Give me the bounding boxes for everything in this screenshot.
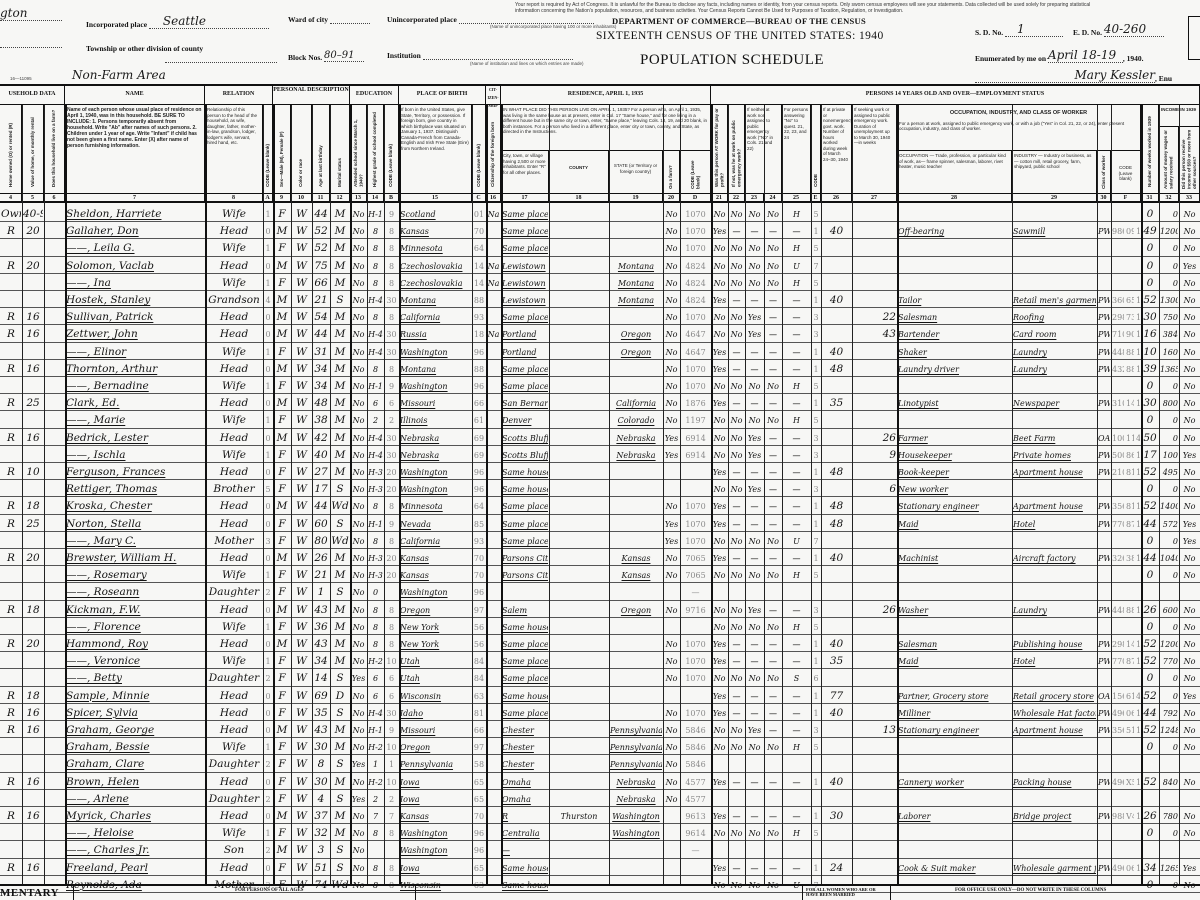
cell-code-a: 0: [264, 808, 272, 825]
cell-name: Zettwer, John: [66, 326, 204, 343]
cell-birthplace: Washington: [400, 825, 471, 842]
cell-industry: [1013, 533, 1096, 550]
cell-occupation: [898, 567, 1011, 584]
cell-industry: Retail men's garments shop: [1013, 292, 1096, 309]
cell-grade: 8: [368, 602, 383, 619]
cell-school: No: [351, 309, 366, 326]
cell-c27: [853, 670, 896, 687]
cell-value: 10: [23, 464, 43, 481]
cell-c26: [822, 447, 851, 464]
cell-relation: Head: [206, 498, 262, 515]
census-row: ——, HeloiseWife1FW32MNo88Washington96Cen…: [0, 824, 1200, 841]
cell-sex: F: [274, 670, 290, 687]
census-row: Rettiger, ThomasBrother5FW17SNoH-320Wash…: [0, 480, 1200, 497]
cell-citizen: [487, 636, 500, 653]
cell-code-e: 1: [812, 636, 820, 653]
cell-sex: M: [274, 550, 290, 567]
cell-c25: —: [783, 498, 810, 515]
cell-code-c: 97: [473, 602, 485, 619]
cell-farm35: [664, 584, 679, 601]
cell-code-c: 64: [473, 240, 485, 257]
cell-code-f2: [1126, 756, 1134, 773]
cell-own: [1, 344, 21, 361]
cell-res-city: Same place: [502, 516, 548, 533]
cell-c22: —: [729, 344, 744, 361]
cell-code-a: 1: [264, 567, 272, 584]
cell-occupation: [898, 240, 1011, 257]
cell-code-f3: 1: [1136, 223, 1140, 240]
cell-code-d: 7065: [681, 567, 710, 584]
cell-age: 34: [313, 653, 329, 670]
cell-race: W: [292, 722, 311, 739]
cell-code-b: 8: [385, 309, 398, 326]
cell-code-b: 8: [385, 825, 398, 842]
cell-citizen: [487, 808, 500, 825]
cell-grade: 0: [368, 584, 383, 601]
cell-citizen: [487, 430, 500, 447]
cell-wages: 0: [1160, 258, 1178, 275]
cell-c23: —: [746, 292, 763, 309]
cell-code-f2: [1126, 412, 1134, 429]
cell-code-c: 85: [473, 516, 485, 533]
cell-weeks: 0: [1142, 412, 1158, 429]
cell-grade: H-3: [368, 550, 383, 567]
cell-wages: 100: [1160, 447, 1178, 464]
cell-c27: [853, 464, 896, 481]
cell-class: [1098, 739, 1110, 756]
cell-code-b: 20: [385, 567, 398, 584]
cell-c24: No: [765, 670, 781, 687]
cell-code-d: 6914: [681, 430, 710, 447]
cell-res-city: Lewistown: [502, 258, 548, 275]
census-row: ——, IschlaWife1FW40MNoH-430Nebraska69Sco…: [0, 446, 1200, 463]
cell-wages: 572: [1160, 516, 1178, 533]
cell-class: [1098, 378, 1110, 395]
cell-code-d: —: [681, 842, 710, 859]
cell-res-county: [550, 206, 608, 223]
cell-code-b: 30: [385, 447, 398, 464]
cell-c23: Yes: [746, 447, 763, 464]
cell-farm: [45, 808, 64, 825]
cell-own: [1, 653, 21, 670]
cell-own: R: [1, 550, 21, 567]
census-row: R18Sample, MinnieHead0FW69DNo66Wisconsin…: [0, 687, 1200, 704]
cell-code-d: 1070: [681, 636, 710, 653]
cell-code-e: 3: [812, 602, 820, 619]
cell-code-c: 66: [473, 722, 485, 739]
cell-code-d: 1070: [681, 498, 710, 515]
cell-marital: M: [331, 602, 349, 619]
cell-c26: 40: [822, 774, 851, 791]
cell-c23: No: [746, 619, 763, 636]
cell-own: [1, 670, 21, 687]
cell-birthplace: Iowa: [400, 774, 471, 791]
cell-citizen: [487, 447, 500, 464]
cell-name: ——, Mary C.: [66, 533, 204, 550]
cell-other: No: [1180, 361, 1199, 378]
cell-own: [1, 619, 21, 636]
cell-code-f2: 11: [1126, 430, 1134, 447]
cell-res-county: [550, 550, 608, 567]
cell-class: [1098, 240, 1110, 257]
cell-birthplace: Wisconsin: [400, 688, 471, 705]
cell-industry: Apartment house: [1013, 722, 1096, 739]
cell-birthplace: Iowa: [400, 791, 471, 808]
cell-value: 20: [23, 550, 43, 567]
cell-age: 44: [313, 326, 329, 343]
cell-farm: [45, 275, 64, 292]
grid-line: [273, 105, 275, 884]
cell-c24: —: [765, 705, 781, 722]
cell-code-e: 1: [812, 808, 820, 825]
cell-c24: [765, 584, 781, 601]
cell-code-c: 69: [473, 430, 485, 447]
cell-c27: [853, 860, 896, 877]
cell-class: PW: [1098, 516, 1110, 533]
cell-code-f2: 06: [1126, 860, 1134, 877]
cell-res-city: Same place: [502, 378, 548, 395]
cell-age: 27: [313, 464, 329, 481]
cell-code-f1: 432: [1112, 361, 1124, 378]
cell-wages: 1265: [1160, 860, 1178, 877]
census-row: ——, ElinorWife1FW31MNoH-430Washington96P…: [0, 343, 1200, 360]
cell-code-e: 1: [812, 860, 820, 877]
cell-class: PW: [1098, 860, 1110, 877]
cell-res-city: Same house: [502, 619, 548, 636]
cell-c24: —: [765, 344, 781, 361]
cell-school: No: [351, 584, 366, 601]
column-number: 15: [399, 194, 472, 203]
cell-farm: [45, 533, 64, 550]
cell-marital: M: [331, 447, 349, 464]
cell-occupation: Washer: [898, 602, 1011, 619]
cell-marital: M: [331, 636, 349, 653]
cell-occupation: [898, 533, 1011, 550]
cell-occupation: Housekeeper: [898, 447, 1011, 464]
cell-res-city: Same place: [502, 670, 548, 687]
cell-code-a: 2: [264, 584, 272, 601]
cell-industry: Laundry: [1013, 361, 1096, 378]
cell-grade: H-4: [368, 430, 383, 447]
census-page: Your report is required by Act of Congre…: [0, 0, 1200, 900]
cell-code-f1: 356: [1112, 498, 1124, 515]
cell-relation: Head: [206, 223, 262, 240]
cell-res-state: [610, 688, 662, 705]
cell-relation: Wife: [206, 825, 262, 842]
cell-birthplace: Minnesota: [400, 240, 471, 257]
cell-age: 40: [313, 447, 329, 464]
cell-code-f3: [1136, 619, 1140, 636]
cell-code-c: 56: [473, 636, 485, 653]
cell-citizen: Na: [487, 326, 500, 343]
cell-c25: —: [783, 653, 810, 670]
cell-farm35: No: [664, 344, 679, 361]
cell-code-a: 3: [264, 533, 272, 550]
cell-code-c: 18: [473, 326, 485, 343]
cell-marital: M: [331, 326, 349, 343]
cell-code-f2: [1126, 378, 1134, 395]
cell-code-a: 1: [264, 653, 272, 670]
cell-other: No: [1180, 739, 1199, 756]
cell-code-f1: 360: [1112, 292, 1124, 309]
cell-sex: M: [274, 395, 290, 412]
cell-code-c: 70: [473, 567, 485, 584]
cell-industry: [1013, 739, 1096, 756]
cell-code-c: 96: [473, 464, 485, 481]
cell-code-b: 8: [385, 258, 398, 275]
cell-marital: M: [331, 206, 349, 223]
cell-marital: M: [331, 430, 349, 447]
cell-name: ——, Roseann: [66, 584, 204, 601]
cell-code-a: 0: [264, 860, 272, 877]
cell-weeks: 0: [1142, 206, 1158, 223]
cell-c27: [853, 825, 896, 842]
cell-value: [23, 825, 43, 842]
cell-birthplace: Missouri: [400, 395, 471, 412]
cell-value: [23, 739, 43, 756]
cell-grade: H-3: [368, 464, 383, 481]
cell-code-e: [812, 584, 820, 601]
cell-wages: 840: [1160, 774, 1178, 791]
cell-value: 16: [23, 361, 43, 378]
cell-res-state: [610, 842, 662, 859]
cell-marital: M: [331, 223, 349, 240]
cell-marital: M: [331, 378, 349, 395]
cell-code-e: 5: [812, 825, 820, 842]
cell-code-a: 1: [264, 378, 272, 395]
grid-line: [897, 105, 899, 884]
cell-res-county: [550, 309, 608, 326]
cell-other: No: [1180, 619, 1199, 636]
cell-class: PW: [1098, 361, 1110, 378]
cell-industry: [1013, 670, 1096, 687]
cell-c25: —: [783, 550, 810, 567]
cell-c21: Yes: [712, 653, 727, 670]
column-number: B: [384, 194, 399, 203]
cell-c22: [729, 842, 744, 859]
cell-c26: [822, 206, 851, 223]
cell-code-f1: 496: [1112, 860, 1124, 877]
cell-own: [1, 378, 21, 395]
cell-c26: [822, 258, 851, 275]
cell-race: W: [292, 774, 311, 791]
cell-c26: [822, 309, 851, 326]
cell-res-city: Salem: [502, 602, 548, 619]
cell-code-e: 1: [812, 395, 820, 412]
cell-c23: No: [746, 412, 763, 429]
cell-name: ——, Bernadine: [66, 378, 204, 395]
cell-res-city: Omaha: [502, 791, 548, 808]
cell-farm35: No: [664, 412, 679, 429]
cell-grade: 8: [368, 636, 383, 653]
cell-c23: No: [746, 378, 763, 395]
cell-res-state: Washington: [610, 825, 662, 842]
cell-grade: H-4: [368, 292, 383, 309]
cell-code-a: 0: [264, 722, 272, 739]
cell-sex: M: [274, 808, 290, 825]
census-row: R16Thornton, ArthurHead0MW34MNo88Montana…: [0, 360, 1200, 377]
cell-relation: Daughter: [206, 670, 262, 687]
block-field: Block Nos. 80–91: [288, 50, 364, 62]
sd-value: 1: [1017, 22, 1025, 36]
cell-own: R: [1, 361, 21, 378]
column-number: 13: [350, 194, 367, 203]
cell-age: 4: [313, 791, 329, 808]
cell-c27: [853, 756, 896, 773]
county-field: [0, 38, 62, 48]
cell-race: W: [292, 326, 311, 343]
cell-sex: M: [274, 602, 290, 619]
cell-code-c: 65: [473, 860, 485, 877]
cell-farm: [45, 344, 64, 361]
cell-code-b: 30: [385, 326, 398, 343]
cell-farm35: [664, 688, 679, 705]
cell-res-city: Chester: [502, 739, 548, 756]
cell-c21: Yes: [712, 636, 727, 653]
cell-code-f3: 1: [1136, 602, 1140, 619]
cell-occupation: Maid: [898, 653, 1011, 670]
cell-citizen: [487, 739, 500, 756]
cell-grade: 8: [368, 498, 383, 515]
cell-weeks: 44: [1142, 550, 1158, 567]
cell-own: [1, 791, 21, 808]
cell-other: Yes: [1180, 860, 1199, 877]
ed-field: E. D. No. 40-260: [1073, 22, 1164, 37]
cell-value: 16: [23, 309, 43, 326]
cell-farm35: Yes: [664, 516, 679, 533]
cell-name: Bedrick, Lester: [66, 430, 204, 447]
cell-grade: 6: [368, 688, 383, 705]
cell-citizen: Na: [487, 258, 500, 275]
cell-code-b: 30: [385, 344, 398, 361]
census-row: R20Brewster, William H.Head0MW26MNoH-320…: [0, 549, 1200, 566]
cell-c25: —: [783, 464, 810, 481]
cell-c23: No: [746, 240, 763, 257]
cell-code-f3: 4: [1136, 430, 1140, 447]
cell-c27: [853, 567, 896, 584]
cell-code-b: 10: [385, 653, 398, 670]
column-number: 5: [22, 194, 44, 203]
cell-race: W: [292, 808, 311, 825]
cell-wages: 1300: [1160, 292, 1178, 309]
cell-code-f3: 1: [1136, 395, 1140, 412]
subhead-marital: Marital status: [330, 105, 350, 193]
cell-name: ——, Marie: [66, 412, 204, 429]
cell-school: No: [351, 619, 366, 636]
cell-school: No: [351, 258, 366, 275]
cell-c26: [822, 825, 851, 842]
cell-other: No: [1180, 498, 1199, 515]
cell-code-e: 3: [812, 309, 820, 326]
cell-c27: [853, 688, 896, 705]
cell-res-county: [550, 223, 608, 240]
cell-code-f1: [1112, 275, 1124, 292]
cell-code-c: 65: [473, 791, 485, 808]
sd-field: S. D. No. 1: [975, 22, 1063, 37]
census-row: ——, InaWife1FW66MNo88Czechoslovakia14NaL…: [0, 274, 1200, 291]
cell-wages: 1248: [1160, 722, 1178, 739]
cell-c25: U: [783, 258, 810, 275]
cell-code-b: 9: [385, 206, 398, 223]
cell-res-state: Pennsylvania: [610, 722, 662, 739]
cell-citizen: [487, 688, 500, 705]
cell-c26: [822, 756, 851, 773]
cell-weeks: 52: [1142, 774, 1158, 791]
grid-line: [486, 105, 488, 884]
subhead-school: Attended school since March 1, 1940?: [350, 105, 367, 193]
column-number: 32: [1159, 194, 1179, 203]
cell-grade: 6: [368, 670, 383, 687]
cell-value: 16: [23, 326, 43, 343]
cell-c26: [822, 326, 851, 343]
cell-c27: [853, 378, 896, 395]
cell-code-c: 96: [473, 584, 485, 601]
cell-code-e: 5: [812, 240, 820, 257]
column-number: 23: [745, 194, 764, 203]
cell-c25: —: [783, 481, 810, 498]
cell-c27: [853, 275, 896, 292]
cell-name: Graham, Clare: [66, 756, 204, 773]
cell-marital: M: [331, 464, 349, 481]
cell-birthplace: Utah: [400, 670, 471, 687]
cell-farm: [45, 361, 64, 378]
cell-res-city: Portland: [502, 344, 548, 361]
cell-code-a: 1: [264, 275, 272, 292]
cell-age: 35: [313, 705, 329, 722]
cell-name: Gallaher, Don: [66, 223, 204, 240]
cell-occupation: [898, 412, 1011, 429]
cell-code-f2: [1126, 739, 1134, 756]
cell-class: PW: [1098, 464, 1110, 481]
cell-code-a: 0: [264, 223, 272, 240]
cell-code-b: 7: [385, 808, 398, 825]
cell-occupation: Off-bearing: [898, 223, 1011, 240]
cell-marital: M: [331, 774, 349, 791]
cell-code-f1: 326: [1112, 550, 1124, 567]
cell-other: No: [1180, 344, 1199, 361]
column-number: 12: [330, 194, 350, 203]
cell-code-f3: 1: [1136, 498, 1140, 515]
cell-age: 36: [313, 619, 329, 636]
cell-code-a: 2: [264, 670, 272, 687]
group-employment: PERSONS 14 YEARS OLD AND OVER—EMPLOYMENT…: [711, 85, 1200, 105]
cell-code-c: 14: [473, 258, 485, 275]
cell-res-state: Oregon: [610, 602, 662, 619]
cell-code-d: 4824: [681, 292, 710, 309]
cell-c25: —: [783, 223, 810, 240]
cell-res-city: Same place: [502, 309, 548, 326]
cell-c26: [822, 430, 851, 447]
cell-industry: [1013, 412, 1096, 429]
cell-birthplace: Idaho: [400, 705, 471, 722]
cell-farm: [45, 842, 64, 859]
cell-res-city: Same place: [502, 636, 548, 653]
census-row: R25Clark, Ed.Head0MW48MNo66Missouri66San…: [0, 394, 1200, 411]
cell-c27: [853, 774, 896, 791]
cell-wages: 0: [1160, 412, 1178, 429]
cell-code-f3: [1136, 567, 1140, 584]
cell-school: No: [351, 361, 366, 378]
cell-other: No: [1180, 550, 1199, 567]
cell-c22: —: [729, 636, 744, 653]
cell-own: R: [1, 705, 21, 722]
cell-other: No: [1180, 395, 1199, 412]
cell-industry: [1013, 756, 1096, 773]
cell-occupation: [898, 739, 1011, 756]
cell-other: No: [1180, 636, 1199, 653]
cell-relation: Wife: [206, 653, 262, 670]
column-number: F: [1111, 194, 1141, 203]
